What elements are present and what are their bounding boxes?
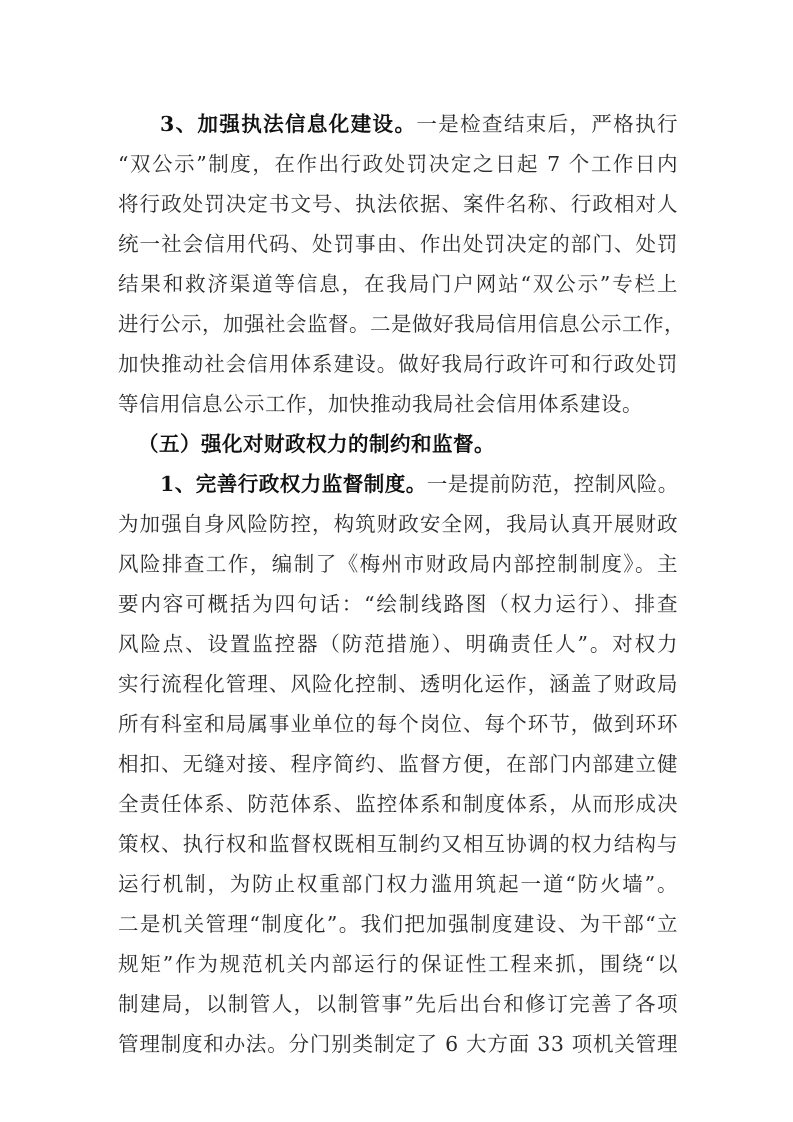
body-line: 制建局，以制管人，以制管事”先后出台和修订完善了各项 xyxy=(118,984,678,1024)
section-5-heading: （五）强化对财政权力的制约和监督。 xyxy=(118,424,678,464)
subsection-1-heading-line: 1、完善行政权力监督制度。一是提前防范，控制风险。 xyxy=(118,464,678,504)
body-line: 结果和救济渠道等信息，在我局门户网站“双公示”专栏上 xyxy=(118,264,678,304)
body-line: 为加强自身风险防控，构筑财政安全网，我局认真开展财政 xyxy=(118,504,678,544)
body-line: 将行政处罚决定书文号、执法依据、案件名称、行政相对人 xyxy=(118,184,678,224)
body-line: 所有科室和局属事业单位的每个岗位、每个环节，做到环环 xyxy=(118,704,678,744)
body-line: 规矩”作为规范机关内部运行的保证性工程来抓，围绕“以 xyxy=(118,944,678,984)
body-text: 一是检查结束后，严格执行 xyxy=(416,112,678,136)
section-3-title: 3、加强执法信息化建设。 xyxy=(160,112,416,136)
document-page: 3、加强执法信息化建设。一是检查结束后，严格执行 “双公示”制度，在作出行政处罚… xyxy=(118,104,678,1064)
section-3-heading-line: 3、加强执法信息化建设。一是检查结束后，严格执行 xyxy=(118,104,678,144)
section-5-title: （五）强化对财政权力的制约和监督。 xyxy=(138,432,495,456)
body-line: 等信用信息公示工作，加快推动我局社会信用体系建设。 xyxy=(118,384,678,424)
body-line: 进行公示，加强社会监督。二是做好我局信用信息公示工作， xyxy=(118,304,678,344)
body-line: 实行流程化管理、风险化控制、透明化运作，涵盖了财政局 xyxy=(118,664,678,704)
body-line: “双公示”制度，在作出行政处罚决定之日起 7 个工作日内 xyxy=(118,144,678,184)
subsection-1-title: 1、完善行政权力监督制度。 xyxy=(160,472,427,496)
body-line: 要内容可概括为四句话：“绘制线路图（权力运行）、排查 xyxy=(118,584,678,624)
body-text: 一是提前防范，控制风险。 xyxy=(427,472,679,496)
body-line: 管理制度和办法。分门别类制定了 6 大方面 33 项机关管理 xyxy=(118,1024,678,1064)
body-line: 统一社会信用代码、处罚事由、作出处罚决定的部门、处罚 xyxy=(118,224,678,264)
body-line: 运行机制，为防止权重部门权力滥用筑起一道“防火墙”。 xyxy=(118,864,678,904)
body-line: 二是机关管理“制度化”。我们把加强制度建设、为干部“立 xyxy=(118,904,678,944)
body-line: 风险点、设置监控器（防范措施）、明确责任人”。对权力 xyxy=(118,624,678,664)
body-line: 全责任体系、防范体系、监控体系和制度体系，从而形成决 xyxy=(118,784,678,824)
body-line: 相扣、无缝对接、程序简约、监督方便，在部门内部建立健 xyxy=(118,744,678,784)
body-line: 加快推动社会信用体系建设。做好我局行政许可和行政处罚 xyxy=(118,344,678,384)
body-line: 风险排查工作，编制了《梅州市财政局内部控制制度》。主 xyxy=(118,544,678,584)
body-line: 策权、执行权和监督权既相互制约又相互协调的权力结构与 xyxy=(118,824,678,864)
